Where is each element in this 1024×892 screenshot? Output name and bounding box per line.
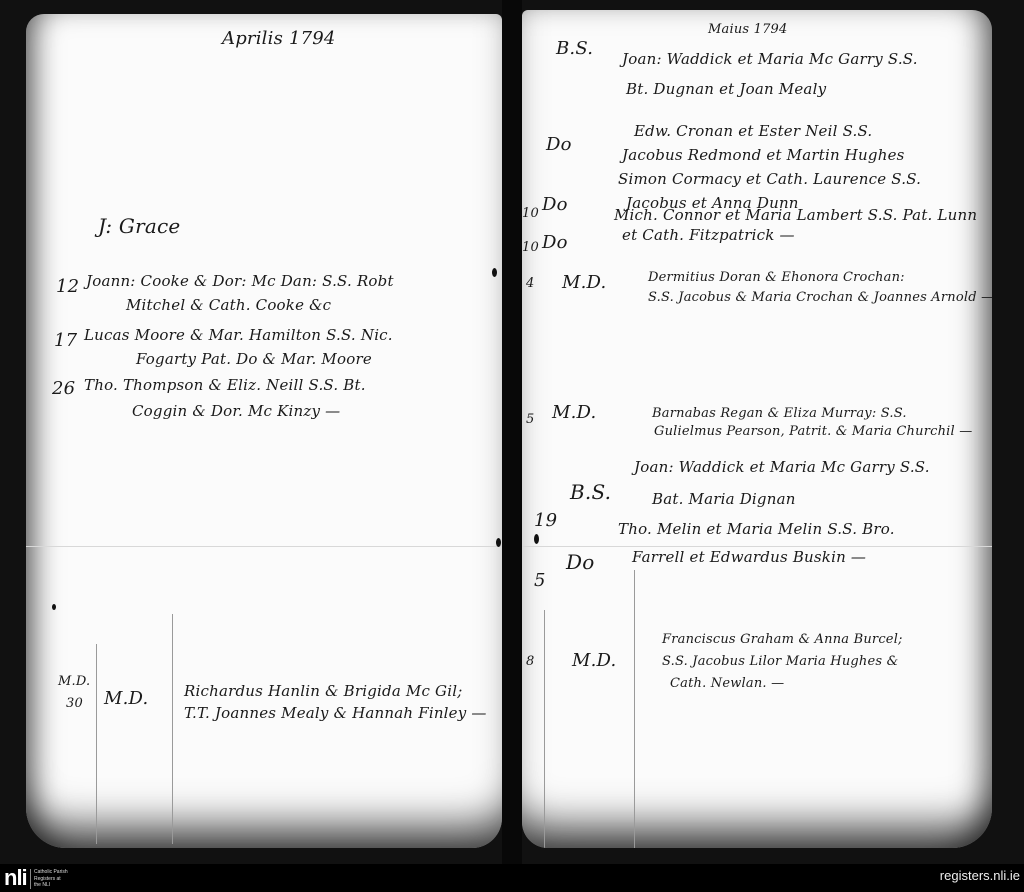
page-fold-line (26, 546, 502, 547)
entry-day: 5 (534, 570, 546, 591)
entry-day: 30 (66, 696, 83, 711)
officiant: M.D. (104, 688, 148, 709)
month-heading: Maius 1794 (708, 22, 787, 37)
column-rule (634, 570, 635, 848)
right-register-page: Maius 1794 B.S. Joan: Waddick et Maria M… (522, 10, 992, 848)
officiant: M.D. (562, 272, 606, 293)
officiant: Do (566, 550, 594, 574)
entry-day: 12 (56, 276, 79, 297)
entry-day: 26 (52, 378, 75, 399)
book-gutter (502, 0, 522, 864)
entry-line: Lucas Moore & Mar. Hamilton S.S. Nic. (84, 326, 393, 344)
entry-line: Franciscus Graham & Anna Burcel; (662, 632, 903, 647)
entry-line: S.S. Jacobus Lilor Maria Hughes & (662, 654, 898, 669)
section-label: J: Grace (98, 214, 180, 238)
logo-caption: Catholic Parish Registers at the NLI (34, 869, 94, 889)
month-heading: Aprilis 1794 (222, 28, 336, 49)
officiant: Do (542, 232, 568, 253)
entry-day: 8 (526, 654, 534, 669)
officiant: B.S. (570, 480, 611, 504)
entry-line: S.S. Jacobus & Maria Crochan & Joannes A… (648, 290, 992, 305)
register-scan-image: Aprilis 1794 J: Grace 12 Joann: Cooke & … (0, 0, 1024, 864)
entry-line: Dermitius Doran & Ehonora Crochan: (648, 270, 905, 285)
officiant: M.D. (552, 402, 596, 423)
entry-line: Tho. Melin et Maria Melin S.S. Bro. (618, 520, 895, 538)
officiant: M.D. (572, 650, 616, 671)
entry-line: Joann: Cooke & Dor: Mc Dan: S.S. Robt (86, 272, 394, 290)
entry-line: Edw. Cronan et Ester Neil S.S. (634, 122, 872, 140)
page-fold-line (522, 546, 992, 547)
footer-bar (0, 864, 1024, 892)
caption-line: the NLI (34, 882, 94, 889)
entry-day: 4 (526, 276, 534, 291)
ink-blot (534, 534, 539, 544)
entry-line: Bat. Maria Dignan (652, 490, 796, 508)
left-register-page: Aprilis 1794 J: Grace 12 Joann: Cooke & … (26, 14, 502, 848)
entry-line: Jacobus Redmond et Martin Hughes (622, 146, 905, 164)
entry-line: Fogarty Pat. Do & Mar. Moore (136, 350, 372, 368)
entry-line: Simon Cormacy et Cath. Laurence S.S. (618, 170, 921, 188)
officiant: B.S. (556, 38, 593, 59)
entry-line: Cath. Newlan. — (670, 676, 784, 691)
column-rule (544, 610, 545, 848)
entry-line: Joan: Waddick et Maria Mc Garry S.S. (634, 458, 930, 476)
ink-blot (496, 538, 501, 547)
column-rule (172, 614, 173, 844)
officiant: Do (542, 194, 568, 215)
entry-line: Coggin & Dor. Mc Kinzy — (132, 402, 340, 420)
entry-line: et Cath. Fitzpatrick — (622, 226, 795, 244)
column-rule (96, 644, 97, 844)
entry-day: 5 (526, 412, 534, 427)
entry-line: Farrell et Edwardus Buskin — (632, 548, 866, 566)
margin-note: M.D. (58, 674, 90, 689)
officiant: Do (546, 134, 572, 155)
ink-blot (492, 268, 497, 277)
entry-day: 17 (54, 330, 77, 351)
entry-line: Bt. Dugnan et Joan Mealy (626, 80, 826, 98)
logo-divider (30, 869, 31, 889)
entry-line: Joan: Waddick et Maria Mc Garry S.S. (622, 50, 918, 68)
nli-logo[interactable]: nli (4, 866, 27, 890)
entry-line: Tho. Thompson & Eliz. Neill S.S. Bt. (84, 376, 366, 394)
entry-line: Richardus Hanlin & Brigida Mc Gil; (184, 682, 463, 700)
entry-line: Mitchel & Cath. Cooke &c (126, 296, 331, 314)
entry-line: Barnabas Regan & Eliza Murray: S.S. (652, 406, 907, 421)
entry-line: Mich. Connor et Maria Lambert S.S. Pat. … (614, 206, 977, 224)
entry-line: Gulielmus Pearson, Patrit. & Maria Churc… (654, 424, 972, 439)
entry-day: 19 (534, 510, 557, 531)
site-url-link[interactable]: registers.nli.ie (940, 868, 1020, 883)
entry-line: T.T. Joannes Mealy & Hannah Finley — (184, 704, 487, 722)
entry-day: 10 (522, 206, 539, 221)
ink-blot (52, 604, 56, 610)
entry-day: 10 (522, 240, 539, 255)
